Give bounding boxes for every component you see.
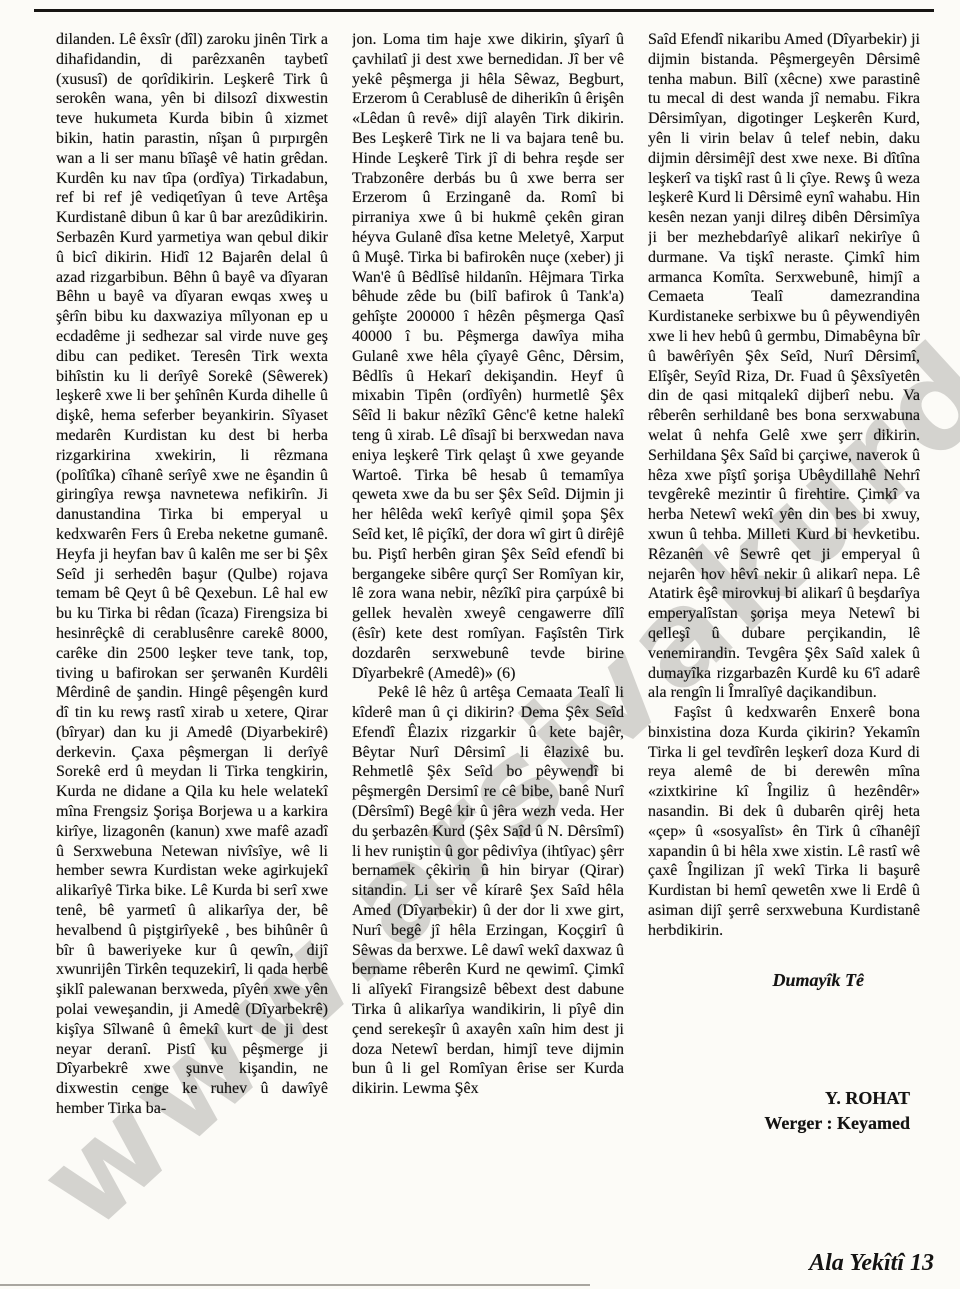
column-3-paragraph-2: Faşîst û kedxwarên Enxerê bona binxistin…: [648, 703, 920, 941]
page-footer-label: Ala Yekîtî 13: [809, 1250, 934, 1277]
author-name: Y. ROHAT: [648, 1086, 910, 1111]
column-3-paragraph-1: Saîd Efendî nikaribu Amed (Dîyarbekir) j…: [648, 30, 920, 703]
column-2-paragraph-1: jon. Loma tim haje xwe dikirin, şîyarî û…: [352, 30, 624, 683]
author-credits: Y. ROHAT Werger : Keyamed: [648, 1086, 920, 1136]
column-1-paragraph: dilanden. Lê êxsîr (dîl) zaroku jinên Ti…: [56, 30, 328, 1119]
scan-edge-artifact: [0, 1284, 590, 1286]
continuation-note: Dumayîk Tê: [648, 971, 920, 991]
article-columns: dilanden. Lê êxsîr (dîl) zaroku jinên Ti…: [0, 0, 960, 1136]
top-rule-divider: [34, 9, 934, 12]
scanned-magazine-page: www.arsivakurd.org dilanden. Lê êxsîr (d…: [0, 0, 960, 1289]
text-column-2: jon. Loma tim haje xwe dikirin, şîyarî û…: [352, 30, 624, 1136]
translator-credit: Werger : Keyamed: [648, 1111, 910, 1136]
text-column-3: Saîd Efendî nikaribu Amed (Dîyarbekir) j…: [648, 30, 920, 1136]
column-2-paragraph-2: Pekê lê hêz û artêşa Cemaata Tealî li kî…: [352, 683, 624, 1099]
text-column-1: dilanden. Lê êxsîr (dîl) zaroku jinên Ti…: [56, 30, 328, 1136]
